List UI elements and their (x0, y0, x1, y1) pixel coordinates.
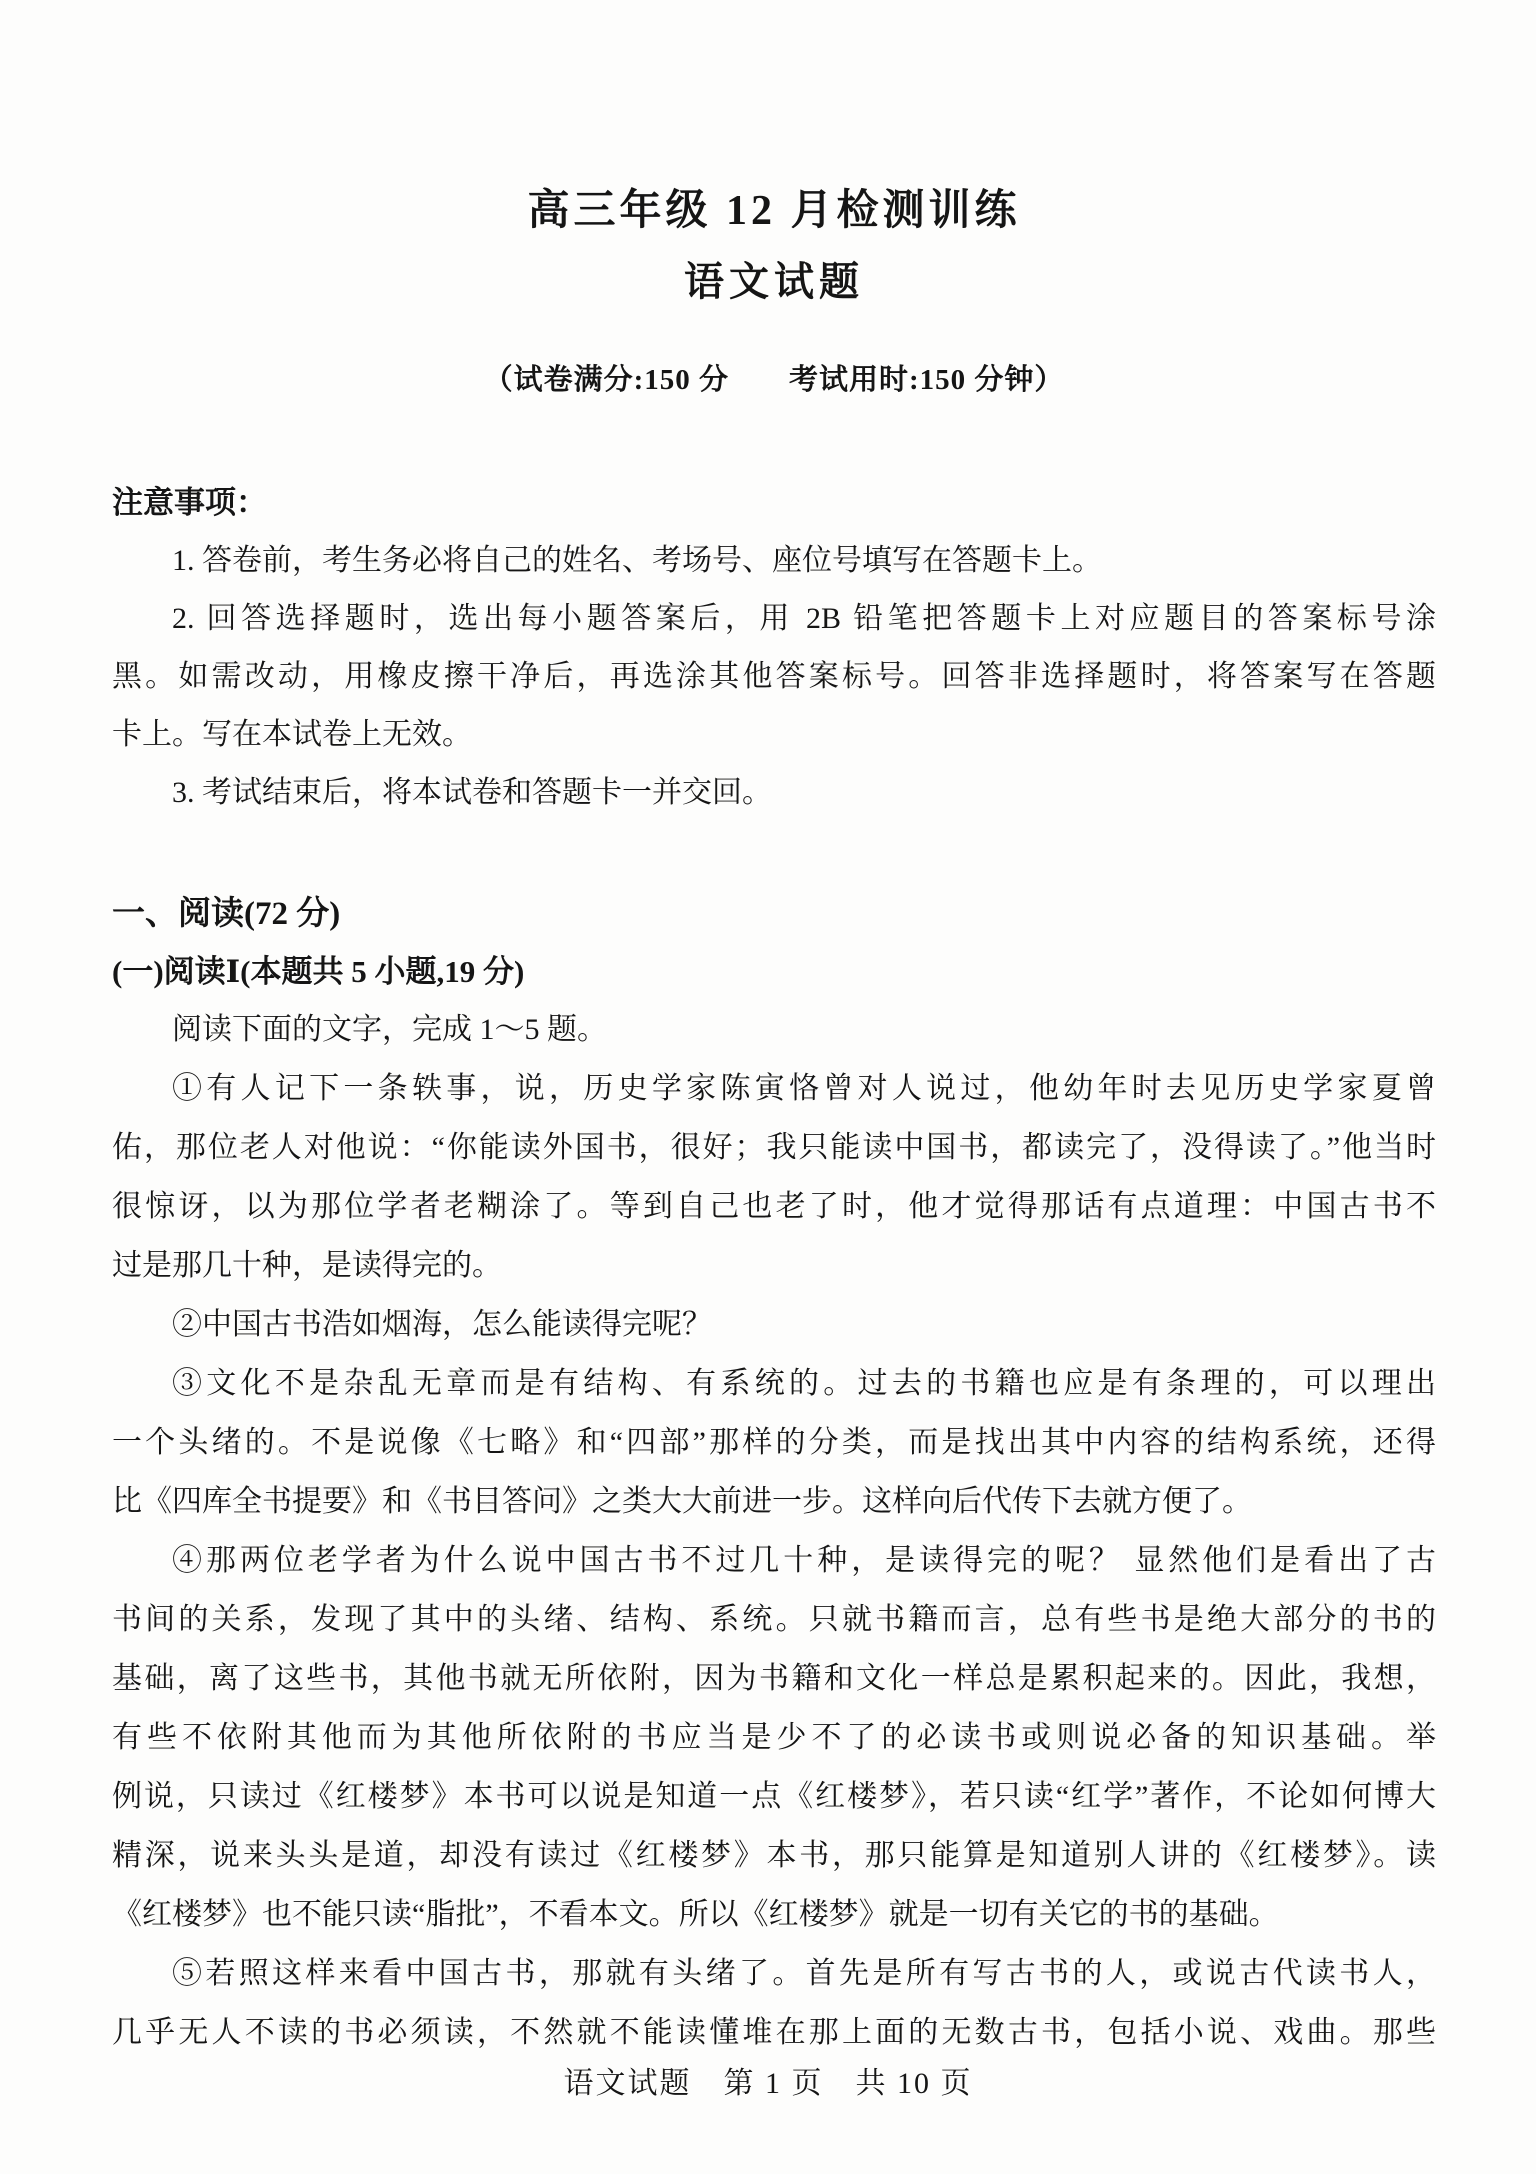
notice-line: 1. 答卷前，考生务必将自己的姓名、考场号、座位号填写在答题卡上。 (112, 532, 1436, 590)
notice-line: 黑。如需改动，用橡皮擦干净后，再选涂其他答案标号。回答非选择题时，将答案写在答题 (112, 648, 1436, 706)
passage-line: 例说，只读过《红楼梦》本书可以说是知道一点《红楼梦》，若只读“红学”著作，不论如… (112, 1767, 1436, 1826)
notices-lines: 1. 答卷前，考生务必将自己的姓名、考场号、座位号填写在答题卡上。2. 回答选择… (112, 532, 1436, 822)
passage-instruction: 阅读下面的文字，完成 1～5 题。 (112, 1001, 1436, 1059)
passage-line: 《红楼梦》也不能只读“脂批”，不看本文。所以《红楼梦》就是一切有关它的书的基础。 (112, 1885, 1436, 1944)
page-subtitle: 语文试题 (112, 260, 1436, 304)
passage-line: 基础，离了这些书，其他书就无所依附，因为书籍和文化一样总是累积起来的。因此，我想… (112, 1649, 1436, 1708)
passage-line: ③文化不是杂乱无章而是有结构、有系统的。过去的书籍也应是有条理的，可以理出 (112, 1354, 1436, 1413)
passage-line: ④那两位老学者为什么说中国古书不过几十种，是读得完的呢？ 显然他们是看出了古 (112, 1531, 1436, 1590)
exam-paper-page: 高三年级 12 月检测训练 语文试题 （试卷满分:150 分 考试用时:150 … (0, 0, 1536, 2174)
passage-line: 很惊讶，以为那位学者老糊涂了。等到自己也老了时，他才觉得那话有点道理：中国古书不 (112, 1177, 1436, 1236)
notice-line: 卡上。写在本试卷上无效。 (112, 706, 1436, 764)
passage-line: ①有人记下一条轶事，说，历史学家陈寅恪曾对人说过，他幼年时去见历史学家夏曾 (112, 1059, 1436, 1118)
page-footer: 语文试题 第 1 页 共 10 页 (0, 2066, 1536, 2102)
passage-line: 过是那几十种，是读得完的。 (112, 1236, 1436, 1295)
notices-heading: 注意事项： (112, 474, 1436, 532)
notice-line: 3. 考试结束后，将本试卷和答题卡一并交回。 (112, 764, 1436, 822)
reading-section: 一、阅读(72 分) (一)阅读Ⅰ(本题共 5 小题,19 分) 阅读下面的文字… (112, 885, 1436, 2062)
subsection-heading: (一)阅读Ⅰ(本题共 5 小题,19 分) (112, 943, 1436, 1001)
passage-line: 比《四库全书提要》和《书目答问》之类大大前进一步。这样向后代传下去就方便了。 (112, 1472, 1436, 1531)
passage-text: ①有人记下一条轶事，说，历史学家陈寅恪曾对人说过，他幼年时去见历史学家夏曾佑，那… (112, 1059, 1436, 2062)
passage-line: 有些不依附其他而为其他所依附的书应当是少不了的必读书或则说必备的知识基础。举 (112, 1708, 1436, 1767)
exam-info: （试卷满分:150 分 考试用时:150 分钟） (112, 362, 1436, 398)
passage-line: 佑，那位老人对他说：“你能读外国书，很好；我只能读中国书，都读完了，没得读了。”… (112, 1118, 1436, 1177)
passage-line: 几乎无人不读的书必须读，不然就不能读懂堆在那上面的无数古书，包括小说、戏曲。那些 (112, 2003, 1436, 2062)
section-heading: 一、阅读(72 分) (112, 885, 1436, 943)
passage-line: 一个头绪的。不是说像《七略》和“四部”那样的分类，而是找出其中内容的结构系统，还… (112, 1413, 1436, 1472)
passage-line: ⑤若照这样来看中国古书，那就有头绪了。首先是所有写古书的人，或说古代读书人， (112, 1944, 1436, 2003)
passage-line: 精深，说来头头是道，却没有读过《红楼梦》本书，那只能算是知道别人讲的《红楼梦》。… (112, 1826, 1436, 1885)
passage-line: ②中国古书浩如烟海，怎么能读得完呢？ (112, 1295, 1436, 1354)
page-title: 高三年级 12 月检测训练 (112, 0, 1436, 234)
page-content: 高三年级 12 月检测训练 语文试题 （试卷满分:150 分 考试用时:150 … (0, 0, 1536, 2062)
passage-line: 书间的关系，发现了其中的头绪、结构、系统。只就书籍而言，总有些书是绝大部分的书的 (112, 1590, 1436, 1649)
notices-section: 注意事项： 1. 答卷前，考生务必将自己的姓名、考场号、座位号填写在答题卡上。2… (112, 474, 1436, 822)
notice-line: 2. 回答选择题时，选出每小题答案后，用 2B 铅笔把答题卡上对应题目的答案标号… (112, 590, 1436, 648)
